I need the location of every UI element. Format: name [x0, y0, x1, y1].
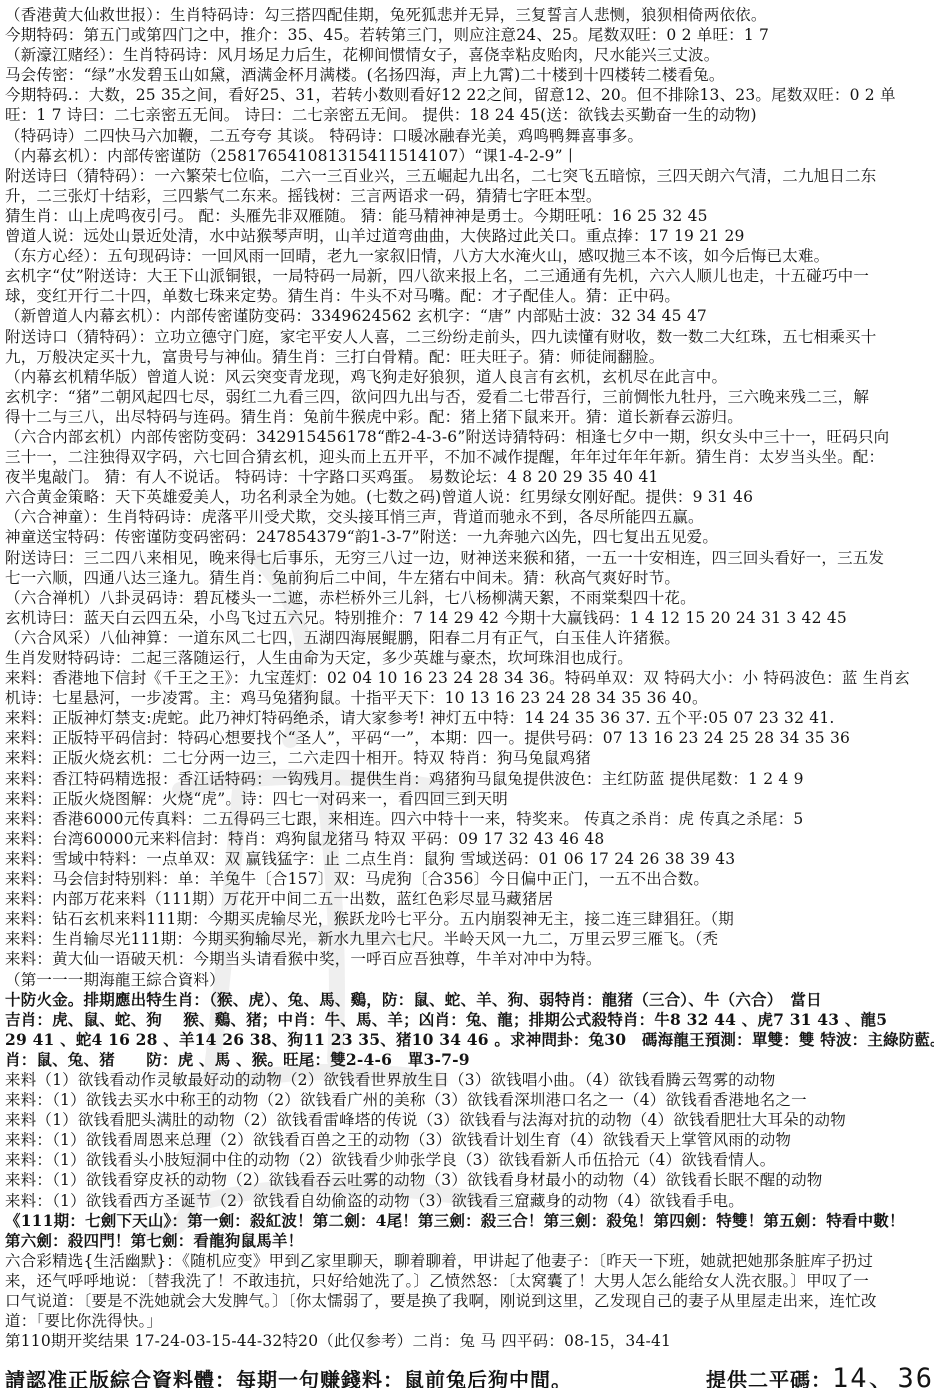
text-line: 玄机诗曰：蓝天白云四五朵，小鸟飞过五六兄。特别推介：7 14 29 42 今期十…: [5, 608, 934, 628]
text-line: 夜半鬼敲门。 猜：有人不说话。 特码诗：十字路口买鸡蛋。 易数论坛：4 8 20…: [5, 467, 934, 487]
text-line: 吉肖：虎、鼠、蛇、狗 猴、鷄、猪；中肖：牛、馬、羊；凶肖：兔、龍；排期公式殺特肖…: [5, 1010, 934, 1030]
text-line: （香港黄大仙救世报）：生肖特码诗：勾三搭四配佳期，兔死狐悲并无异，三复誓言人悲恻…: [5, 5, 934, 25]
text-line: 神童送宝特码：传密谨防变码密码：247854379“韵1-3-7”附送：一九奔驰…: [5, 527, 934, 547]
text-line: （六合禅机）八卦灵码诗：碧瓦楼头一二遮，赤栏桥外三儿斜，七八杨柳满天絮，不雨棠梨…: [5, 588, 934, 608]
text-line: 来料：香港地下信封《千王之王》：九宝莲灯：02 04 10 16 23 24 2…: [5, 668, 934, 688]
text-line: 附送诗口（猜特码）：立功立德守门庭，家宅平安人人喜，二三纷纷走前头，四九读懂有财…: [5, 327, 934, 347]
footer-provide-numbers: 14、36: [832, 1356, 934, 1388]
text-line: 三十一，二注独得双字码，六七回合猜玄机，迎头而上五开平，不加不减作提醒，年年过年…: [5, 447, 934, 467]
text-line: 来料（1）欲钱看肥头满肚的动物（2）欲钱看雷峰塔的传说（3）欲钱看与法海对抗的动…: [5, 1110, 934, 1130]
text-line: 来料：正版火烧玄机：二七分两一边三，二六走四十相开。特双 特肖：狗马兔鼠鸡猪: [5, 748, 934, 768]
text-line: 机诗：七星悬河，一步凌霄。主：鸡马兔猪狗鼠。十指平天下：10 13 16 23 …: [5, 688, 934, 708]
text-line: 第110期开奖结果 17-24-03-15-44-32特20（此仅参考）二肖：兔…: [5, 1331, 934, 1351]
text-line: 来料：（1）欲钱看周恩来总理（2）欲钱看百兽之王的动物（3）欲钱看计划生育（4）…: [5, 1130, 934, 1150]
text-line: （内幕玄机）：内部传密谨防（258176541081315411514107）“…: [5, 146, 934, 166]
text-line: 肖：鼠、兔、猪 防：虎 、馬 、猴。旺尾：雙2-4-6 單3-7-9: [5, 1050, 934, 1070]
text-line: 六合黄金策略：天下英雄爱美人，功名利录全为她。(七数之码)曾道人说：红男绿女刚好…: [5, 487, 934, 507]
text-line: 球，变红开行二十四，单数七珠来定势。猜生肖：牛头不对马嘴。配：才子配佳人。猜：正…: [5, 286, 934, 306]
text-line: 九，万般决定买十九，富贵号与神仙。猜生肖：三打白骨精。配：旺夫旺子。猜：师徒闹翻…: [5, 347, 934, 367]
text-line: 生肖发财特码诗：二起三落随运行，人生由命为天定，多少英雄与豪杰，坎坷珠泪也成行。: [5, 648, 934, 668]
text-line: 十防火金。排期應出特生肖：（猴、虎）、兔、馬、鷄，防：鼠、蛇、羊、狗、弱特肖：龍…: [5, 990, 934, 1010]
text-line: 来料：（1）欲钱看头小肢短洞中住的动物（2）欲钱看少帅张学良（3）欲钱看新人币伍…: [5, 1150, 934, 1170]
text-line: 来料：台湾60000元来料信封：特肖：鸡狗鼠龙猪马 特双 平码：09 17 32…: [5, 829, 934, 849]
text-line: 来料：（1）欲钱看西方圣诞节（2）欲钱看自幼偷盗的动物（3）欲钱看三窟藏身的动物…: [5, 1191, 934, 1211]
text-line: 《111期：七劍下天山》：第一劍：殺紅波！第二劍：4尾！第三劍：殺三合！第三劍：…: [5, 1211, 934, 1231]
text-line: 附送诗曰：三二四八来相见，晚来得七后事乐，无穷三八过一边，财神送来猴和猪，一五一…: [5, 548, 934, 568]
text-line: （特码诗）二四快马六加鞭，二五夸夸 其谈。 特码诗：口暖冰融春光美，鸡鸣鸭舞喜事…: [5, 126, 934, 146]
text-line: 来料：黄大仙一语破天机：今期当头请看猴中奖，一呼百应吾独尊，牛羊对冲中为特。: [5, 949, 934, 969]
text-line: （六合内部玄机）内部传密防变码：342915456178“酢2-4-3-6”附送…: [5, 427, 934, 447]
text-line: （新曾道人内幕玄机）：内部传密谨防变码：3349624562 玄机字：“唐” 内…: [5, 306, 934, 326]
text-line: 玄机字：“猪”二朝风起四七尽，弱红二九看三四，欲问四九出与否，爱看二七带吾行，三…: [5, 387, 934, 407]
text-line: 来料：香港6000元传真料：二五得码三七跟，来相连。四六中特十一来，特奖来。 传…: [5, 809, 934, 829]
text-line: 曾道人说：远处山景近处清，水中站猴琴声明，山羊过道弯曲曲，大侠路过此关口。重点捧…: [5, 226, 934, 246]
text-line: 马会传密：“绿”水发碧玉山如黛，酒满金杯月满楼。(名扬四海，声上九霄)二十楼到十…: [5, 65, 934, 85]
text-line: （新濠江赌经）：生肖特码诗：风月场足力后生，花柳间惯情女子，喜侥幸粘皮贻肉，尺水…: [5, 45, 934, 65]
text-line: 七一六顺，四通八达三逢九。猜生肖：兔前狗后二中间，牛左猪右中间未。猜：秋高气爽好…: [5, 568, 934, 588]
text-line: 来料：钻石玄机来料111期：今期买虎输尽光，猴跃龙吟七平分。五内崩裂神无主，接二…: [5, 909, 934, 929]
footer-provide-label: 提供二平碼：: [706, 1364, 832, 1388]
text-line: （六合风采）八仙神算：一道东风二七四，五湖四海展鲲鹏，阳春二月有正气，白玉佳人许…: [5, 628, 934, 648]
footer-slogan-text: 請認准正版綜合資料體：每期一句赚錢料：鼠前兔后狗中間。: [5, 1364, 572, 1388]
text-line: 来料：香江特码精选报：香江话特码：一钩残月。提供生肖：鸡猪狗马鼠兔提供波色：主红…: [5, 769, 934, 789]
text-line: 道：「要比你洗得快。」: [5, 1311, 934, 1331]
document-lines: （香港黄大仙救世报）：生肖特码诗：勾三搭四配佳期，兔死狐悲并无异，三复誓言人悲恻…: [5, 5, 934, 1351]
text-line: 来料：正版神灯禁支:虎蛇。此乃神灯特码绝杀，请大家参考! 神灯五中特：14 24…: [5, 708, 934, 728]
text-line: 猜生肖：山上虎鸣夜引弓。 配：头雁先非双雁随。 猜：能马精神神是勇士。今期旺吼：…: [5, 206, 934, 226]
text-line: 附送诗曰（猜特码）：一六繁荣七位临，二六一三百业兴，三五崛起九出名，二七突飞五暗…: [5, 166, 934, 186]
text-line: （东方心经）：五句现码诗：一回风雨一回晴，老九一家叙旧情，八方大水淹火山，感叹抛…: [5, 246, 934, 266]
text-line: 第六劍：殺四門！第七劍：看龍狗鼠馬羊！: [5, 1231, 934, 1251]
tip-sheet-page: （香港黄大仙救世报）：生肖特码诗：勾三搭四配佳期，兔死狐悲并无异，三复誓言人悲恻…: [0, 0, 936, 1388]
text-line: 今期特码：第五门或第四门之中，推介：35、45。若转第三门，则应注意24、25。…: [5, 25, 934, 45]
text-line: 六合彩精选{生活幽默}：《随机应变》甲到乙家里聊天，聊着聊着，甲讲起了他妻子：〔…: [5, 1251, 934, 1271]
text-line: 来料：（1）欲钱去买水中称王的动物（2）欲钱看广州的美称（3）欲钱看深圳港口名之…: [5, 1090, 934, 1110]
text-line: 来料：雪域中特料：一点单双：双 赢钱猛字：止 二点生肖：鼠狗 雪域送码：01 0…: [5, 849, 934, 869]
footer-provide: 提供二平碼： 14、36: [706, 1356, 934, 1388]
text-line: 口气说道：〔要是不洗她就会大发脾气。〕〔你太懦弱了，要是换了我啊，刚说到这里，乙…: [5, 1291, 934, 1311]
text-line: 得十二与三八，出尽特码与连码。猜生肖：兔前牛猴虎中彩。配：猪上猪下鼠来开。猜：道…: [5, 407, 934, 427]
text-line: （第一一一期海龍王綜合資料）: [5, 970, 934, 990]
text-line: 来料（1）欲钱看动作灵敏最好动的动物（2）欲钱看世界放生日（3）欲钱唱小曲。（4…: [5, 1070, 934, 1090]
text-line: 来料：（1）欲钱看穿皮袄的动物（2）欲钱看吞云吐雾的动物（3）欲钱看身材最小的动…: [5, 1170, 934, 1190]
text-line: 来料：正版火烧图解：火烧“虎”。诗：四七一对码来一，看四回三到天明: [5, 789, 934, 809]
text-line: （内幕玄机精华版）曾道人说：风云突变青龙现，鸡飞狗走好狼狈，道人良言有玄机，玄机…: [5, 367, 934, 387]
text-line: 来料：内部万花来料（111期）万花开中间二五一出数，蓝红色彩尽显马藏猪居: [5, 889, 934, 909]
text-line: 来料：生肖输尽光111期：今期买狗输尽光，新水九里六七尺。半岭天风一九二，万里云…: [5, 929, 934, 949]
text-line: 来，还气呼呼地说：〔替我洗了！不敢违抗，只好给她洗了。〕乙愤然怒：〔太窝囊了！大…: [5, 1271, 934, 1291]
footer-slogan-line: 請認准正版綜合資料體：每期一句赚錢料：鼠前兔后狗中間。 提供二平碼： 14、36: [5, 1356, 934, 1388]
text-line: 旺：1 7 诗曰：二七亲密五无间。 诗曰：二七亲密五无间。 提供：18 24 4…: [5, 105, 934, 125]
text-line: 来料：马会信封特别料：单：羊兔牛〔合157〕双：马虎狗〔合356〕今日偏中正门，…: [5, 869, 934, 889]
text-line: 今期特码.：大数，25 35之间，看好25、31，若转小数则看好12 22之间，…: [5, 85, 934, 105]
text-line: 玄机字“仗”附送诗：大王下山派铜银，一局特码一局新，四八欲来报上名，二三通通有先…: [5, 266, 934, 286]
text-line: （六合神童）：生肖特码诗：虎落平川受犬欺，交头接耳悄三声，背道而驰永不到，各尽所…: [5, 507, 934, 527]
text-line: 29 41 、蛇4 16 28 、羊14 26 38、狗11 23 35、猪10…: [5, 1030, 934, 1050]
text-line: 来料：正版特平码信封：特码心想要找个“圣人”，平码“一”，本期：四一。提供号码：…: [5, 728, 934, 748]
text-line: 升，二三张灯十结彩，三四紫气二东来。摇钱树：三言两语求一码，猜猜七字旺本型。: [5, 186, 934, 206]
